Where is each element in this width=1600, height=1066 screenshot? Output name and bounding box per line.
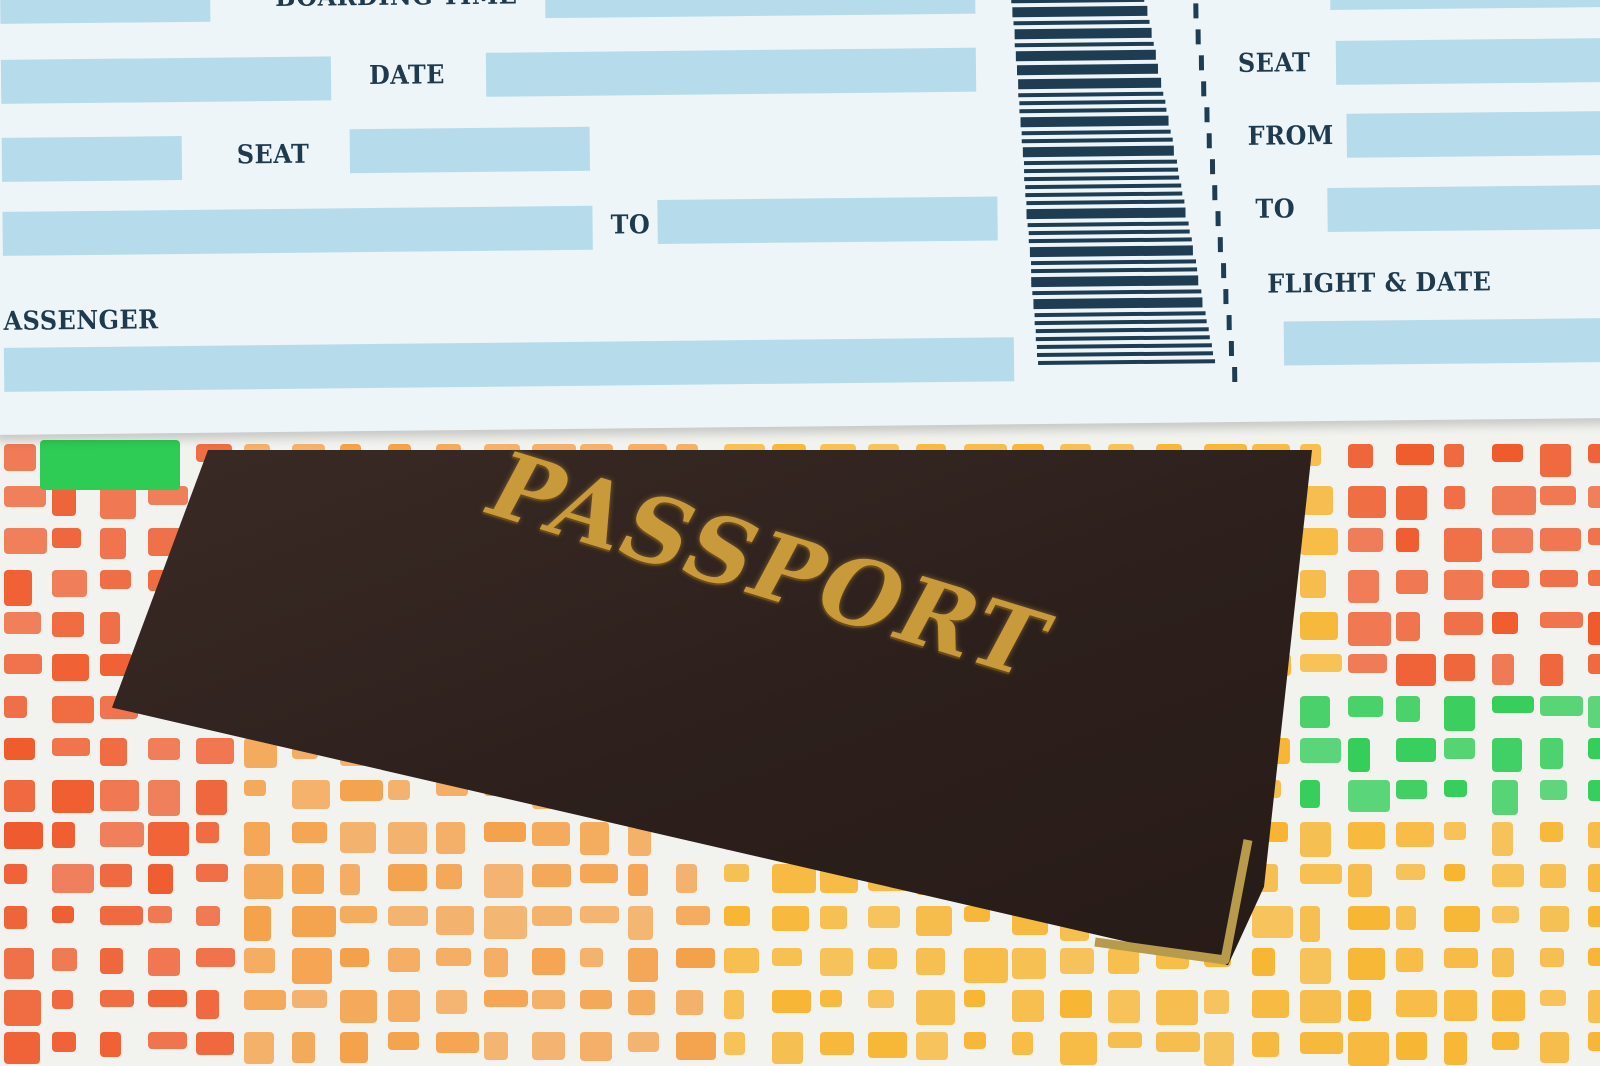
map-block <box>4 528 47 554</box>
map-block <box>1348 906 1390 930</box>
map-block <box>1396 906 1416 930</box>
barcode-bar <box>1035 319 1207 325</box>
map-block <box>1060 1032 1097 1065</box>
map-block <box>1348 1032 1389 1066</box>
map-block <box>1588 822 1600 848</box>
stub-label-from: FROM <box>1248 121 1334 152</box>
map-block <box>1540 780 1567 800</box>
map-block <box>1492 780 1518 815</box>
stub-label-name: NAME <box>1230 0 1317 5</box>
map-block <box>1396 822 1434 847</box>
barcode-bar <box>1022 146 1173 158</box>
ticket-field <box>1327 185 1600 232</box>
map-block <box>4 444 36 471</box>
barcode-bar <box>1031 267 1197 273</box>
ticket-field <box>2 206 592 256</box>
map-block <box>1444 570 1483 600</box>
map-block <box>1492 738 1522 772</box>
map-block <box>1588 906 1600 927</box>
barcode-bar <box>1033 297 1203 309</box>
map-block <box>1492 1032 1519 1050</box>
map-block <box>52 696 94 723</box>
perforation-dash <box>1215 211 1220 226</box>
map-block <box>1348 528 1383 552</box>
stub-label-to: TO <box>1255 194 1295 224</box>
map-block <box>4 612 41 634</box>
map-block <box>1396 990 1437 1017</box>
barcode-bar <box>1028 229 1189 235</box>
perforation-dash <box>1204 107 1209 122</box>
label-passenger: ASSENGER <box>3 305 158 337</box>
ticket-field <box>0 0 210 24</box>
map-block <box>1588 444 1600 463</box>
barcode-bar <box>1018 78 1161 89</box>
barcode-bar <box>1037 351 1213 357</box>
map-block <box>1444 486 1465 509</box>
map-block <box>1348 822 1385 849</box>
map-block <box>52 486 76 516</box>
map-block <box>4 780 35 812</box>
ticket-field <box>350 127 590 174</box>
label-date: DATE <box>369 60 445 91</box>
map-block <box>1396 780 1427 799</box>
map-block <box>1492 654 1514 685</box>
perforation-dash <box>1198 55 1203 70</box>
map-block <box>964 1032 986 1049</box>
barcode-bar <box>1025 176 1180 182</box>
map-block <box>1396 738 1436 762</box>
barcode-bar <box>1034 311 1205 317</box>
barcode-bar <box>1019 92 1164 98</box>
map-block <box>1540 654 1563 686</box>
map-block <box>4 486 46 507</box>
map-block <box>4 948 34 979</box>
ticket-field <box>545 0 975 18</box>
map-block <box>1588 864 1600 892</box>
stub-label-seat: SEAT <box>1238 48 1311 79</box>
map-block <box>436 1032 479 1053</box>
ticket-field <box>1 56 331 103</box>
map-block <box>1444 738 1475 759</box>
map-block <box>1012 1032 1033 1055</box>
barcode-bar <box>1026 200 1184 206</box>
map-block <box>1588 654 1600 674</box>
map-block <box>1588 528 1600 545</box>
barcode-bar <box>1036 343 1211 349</box>
map-block <box>148 1032 187 1049</box>
barcode-bar <box>1014 28 1151 39</box>
ticket-field <box>1330 0 1600 10</box>
map-block <box>4 906 27 929</box>
map-block <box>1492 906 1519 923</box>
barcode-bar <box>1026 192 1183 198</box>
map-block <box>292 1032 315 1063</box>
map-block <box>1540 528 1581 551</box>
map-block <box>676 1032 716 1060</box>
map-block <box>628 1032 659 1052</box>
barcode-bar <box>1015 42 1154 47</box>
boarding-pass: BOARDING TIME DATE SEAT TO ASSENGER NAME… <box>0 0 1600 435</box>
map-block <box>1588 570 1600 586</box>
map-block <box>1492 864 1524 887</box>
map-block <box>1588 948 1600 966</box>
map-block <box>52 948 77 971</box>
label-to: TO <box>610 210 650 240</box>
map-block <box>1540 1032 1569 1063</box>
map-block <box>52 906 74 923</box>
map-block <box>1204 1032 1234 1066</box>
barcode-bar <box>1025 184 1181 190</box>
map-block <box>820 1032 854 1055</box>
barcode-bar <box>1024 168 1178 174</box>
map-block <box>772 1032 803 1064</box>
perforation-dash <box>1196 29 1201 44</box>
barcode-bar <box>1022 138 1172 144</box>
perforation-dash <box>1221 263 1226 278</box>
barcode-bar <box>1031 259 1196 265</box>
map-block <box>1348 654 1387 673</box>
map-block <box>1588 486 1600 508</box>
map-block <box>1492 486 1536 515</box>
map-block <box>52 528 81 548</box>
map-block <box>1492 444 1523 462</box>
barcode-bar <box>1017 64 1159 75</box>
label-seat: SEAT <box>237 140 310 171</box>
map-block <box>52 612 84 637</box>
map-block <box>1444 822 1466 840</box>
barcode-bar <box>1020 108 1167 114</box>
barcode-bar <box>1027 207 1186 219</box>
map-block <box>4 570 32 606</box>
label-boarding-time: BOARDING TIME <box>275 0 517 13</box>
map-block <box>1540 948 1564 967</box>
ticket-field <box>2 136 182 182</box>
barcode-bar <box>1036 335 1210 341</box>
map-block <box>1444 444 1464 467</box>
map-block <box>196 1032 234 1055</box>
map-block <box>1492 612 1518 634</box>
map-block <box>1588 738 1600 759</box>
map-block <box>52 990 73 1009</box>
map-block <box>1588 612 1600 645</box>
map-block <box>724 1032 745 1055</box>
ticket-field <box>1284 318 1600 366</box>
map-block <box>1588 696 1600 728</box>
map-block <box>484 1032 508 1060</box>
barcode-bar <box>1032 275 1199 287</box>
map-block <box>1348 948 1385 980</box>
map-block <box>1492 696 1534 713</box>
map-block <box>1348 444 1373 468</box>
barcode-bar <box>1012 0 1145 3</box>
map-block <box>1348 696 1383 717</box>
map-block <box>1540 906 1569 932</box>
ticket-field <box>486 48 976 97</box>
brass-corner-icon <box>1090 830 1260 970</box>
barcode-bar <box>1038 359 1215 365</box>
map-block <box>1540 696 1583 716</box>
map-block <box>1348 738 1370 772</box>
map-block <box>1396 654 1436 686</box>
barcode-bar <box>1035 327 1208 333</box>
map-block <box>4 990 41 1026</box>
map-block <box>1444 948 1478 968</box>
barcode-bar <box>1033 289 1202 295</box>
map-block <box>1444 906 1480 932</box>
map-block <box>1588 990 1600 1023</box>
map-block <box>1540 738 1563 769</box>
barcode-bar <box>1016 50 1156 61</box>
map-block <box>1492 948 1514 977</box>
map-block <box>388 1032 419 1050</box>
map-block <box>916 1032 948 1060</box>
map-block <box>1588 780 1600 801</box>
map-block <box>1444 654 1475 681</box>
map-block <box>1396 1032 1427 1060</box>
map-block <box>1540 822 1563 842</box>
perforation-dash <box>1226 315 1231 330</box>
map-block <box>1540 864 1566 888</box>
map-block <box>1348 486 1386 518</box>
map-block <box>1348 864 1372 897</box>
map-block <box>1444 864 1465 881</box>
map-block <box>52 654 89 681</box>
perforation-dash <box>1207 133 1212 148</box>
map-block <box>1492 822 1513 856</box>
barcode-bar <box>1019 100 1165 106</box>
map-block <box>1348 570 1379 603</box>
map-block <box>1444 696 1475 731</box>
map-block <box>1348 780 1390 812</box>
map-block <box>4 822 43 849</box>
perforation-dash <box>1223 289 1228 304</box>
map-block <box>1396 948 1423 972</box>
map-block <box>1252 1032 1279 1057</box>
barcode-bar <box>1020 116 1168 128</box>
map-block <box>4 864 27 884</box>
map-block <box>1444 1032 1467 1065</box>
map-block <box>52 1032 76 1052</box>
map-block <box>1396 612 1420 641</box>
perforation-dash <box>1232 367 1237 382</box>
map-block <box>1444 990 1477 1021</box>
map-block <box>52 738 90 756</box>
map-block <box>4 738 35 760</box>
map-block <box>4 654 42 674</box>
barcode-bar <box>1023 160 1176 166</box>
barcode-bar <box>1021 130 1170 136</box>
stub-label-flight-date: FLIGHT & DATE <box>1267 267 1491 299</box>
map-block <box>1300 1032 1343 1054</box>
map-block <box>1396 864 1425 880</box>
map-block <box>580 1032 612 1061</box>
map-block <box>1540 570 1578 587</box>
map-block <box>1348 990 1371 1021</box>
map-block <box>532 1032 565 1060</box>
map-block <box>1396 486 1427 520</box>
perforation-dash <box>1209 159 1214 174</box>
map-block <box>1444 612 1483 635</box>
barcode-bar <box>1014 20 1150 25</box>
map-block <box>1444 780 1467 797</box>
barcode <box>1010 0 1174 364</box>
map-block <box>1540 990 1566 1006</box>
map-block <box>244 1032 274 1064</box>
map-block <box>1540 444 1571 477</box>
perforation-dash <box>1229 341 1234 356</box>
barcode-bar <box>1028 221 1189 227</box>
barcode-bar <box>1013 6 1148 17</box>
map-block <box>1540 612 1583 628</box>
ticket-field <box>4 337 1014 392</box>
barcode-bar <box>1030 245 1193 257</box>
map-block <box>1108 1032 1142 1048</box>
map-block <box>1348 612 1391 646</box>
map-block <box>52 822 75 848</box>
map-block <box>1492 570 1529 588</box>
map-block <box>52 570 87 597</box>
map-block <box>1396 444 1434 465</box>
map-block <box>1444 528 1482 562</box>
map-block <box>52 780 94 813</box>
map-block <box>1492 528 1533 553</box>
barcode-bar <box>1029 237 1191 243</box>
ticket-field <box>1336 38 1600 85</box>
map-block <box>4 1032 40 1064</box>
map-block <box>1588 1032 1600 1051</box>
map-block <box>1396 528 1419 552</box>
perforation-dash <box>1201 81 1206 96</box>
map-block <box>1492 990 1525 1021</box>
map-block <box>4 696 27 718</box>
perforation-dash <box>1212 185 1217 200</box>
map-block <box>1396 570 1428 594</box>
map-block <box>340 1032 368 1063</box>
map-block <box>100 1032 121 1057</box>
map-block <box>868 1032 907 1058</box>
map-block <box>1540 486 1576 505</box>
perforation-dash <box>1193 3 1198 18</box>
ticket-field <box>657 196 997 244</box>
map-block <box>52 864 94 893</box>
perforation-dash <box>1218 237 1223 252</box>
map-block <box>1156 1032 1200 1052</box>
map-block <box>1396 696 1420 722</box>
ticket-field <box>1346 111 1600 158</box>
